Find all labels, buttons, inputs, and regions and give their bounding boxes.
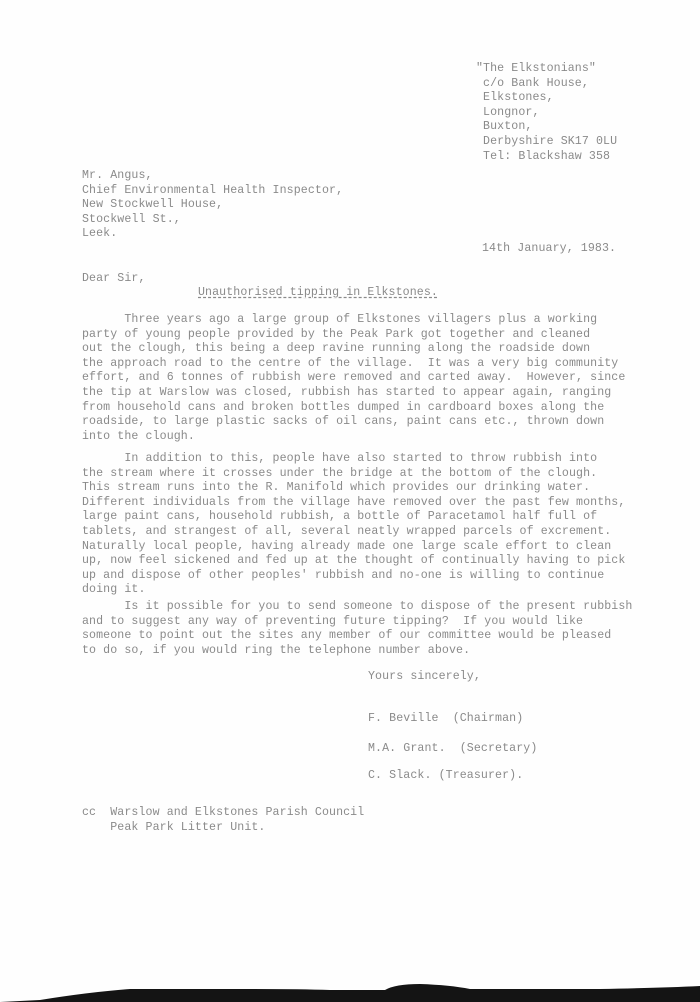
recipient-address-line: Stockwell St., bbox=[82, 213, 343, 228]
paragraph-1: Three years ago a large group of Elkston… bbox=[82, 313, 682, 444]
paragraph-line: In addition to this, people have also st… bbox=[82, 452, 682, 467]
paragraph-line: to do so, if you would ring the telephon… bbox=[82, 644, 682, 659]
paragraph-line: the approach road to the centre of the v… bbox=[82, 357, 682, 372]
salutation: Dear Sir, bbox=[82, 272, 146, 287]
recipient-address-line: Leek. bbox=[82, 227, 343, 242]
paragraph-line: Is it possible for you to send someone t… bbox=[82, 600, 682, 615]
carbon-copy-list: cc Warslow and Elkstones Parish Council … bbox=[82, 806, 364, 835]
paragraph-line: someone to point out the sites any membe… bbox=[82, 629, 682, 644]
paragraph-line: the tip at Warslow was closed, rubbish h… bbox=[82, 386, 682, 401]
paragraph-line: up and dispose of other peoples' rubbish… bbox=[82, 569, 682, 584]
cc-recipient: Peak Park Litter Unit. bbox=[82, 821, 364, 836]
recipient-address-line: New Stockwell House, bbox=[82, 198, 343, 213]
paragraph-line: roadside, to large plastic sacks of oil … bbox=[82, 415, 682, 430]
recipient-title: Chief Environmental Health Inspector, bbox=[82, 184, 343, 199]
paragraph-line: Naturally local people, having already m… bbox=[82, 540, 682, 555]
paragraph-line: doing it. bbox=[82, 583, 682, 598]
sender-telephone: Tel: Blackshaw 358 bbox=[476, 150, 617, 165]
paragraph-line: from household cans and broken bottles d… bbox=[82, 401, 682, 416]
paragraph-3: Is it possible for you to send someone t… bbox=[82, 600, 682, 658]
sender-address-line: Elkstones, bbox=[476, 91, 617, 106]
letter-date: 14th January, 1983. bbox=[482, 242, 616, 257]
sender-address-line: Longnor, bbox=[476, 106, 617, 121]
paragraph-line: Different individuals from the village h… bbox=[82, 496, 682, 511]
recipient-name: Mr. Angus, bbox=[82, 169, 343, 184]
signatory-chairman: F. Beville (Chairman) bbox=[368, 712, 523, 727]
signatory-secretary: M.A. Grant. (Secretary) bbox=[368, 742, 537, 757]
signatory-treasurer: C. Slack. (Treasurer). bbox=[368, 769, 523, 784]
sender-address-line: Derbyshire SK17 0LU bbox=[476, 135, 617, 150]
subject-line: Unauthorised tipping in Elkstones. bbox=[198, 286, 438, 301]
recipient-address: Mr. Angus, Chief Environmental Health In… bbox=[82, 169, 343, 242]
paragraph-2: In addition to this, people have also st… bbox=[82, 452, 682, 598]
letter-page: "The Elkstonians" c/o Bank House, Elksto… bbox=[0, 0, 700, 1002]
paragraph-line: tablets, and strangest of all, several n… bbox=[82, 525, 682, 540]
paragraph-line: Three years ago a large group of Elkston… bbox=[82, 313, 682, 328]
sender-address-line: "The Elkstonians" bbox=[476, 62, 617, 77]
cc-recipient: cc Warslow and Elkstones Parish Council bbox=[82, 806, 364, 821]
paragraph-line: effort, and 6 tonnes of rubbish were rem… bbox=[82, 371, 682, 386]
sender-address-line: Buxton, bbox=[476, 120, 617, 135]
paragraph-line: large paint cans, household rubbish, a b… bbox=[82, 510, 682, 525]
paragraph-line: into the clough. bbox=[82, 430, 682, 445]
scan-bottom-edge bbox=[0, 980, 700, 1002]
sender-address-line: c/o Bank House, bbox=[476, 77, 617, 92]
paragraph-line: the stream where it crosses under the br… bbox=[82, 467, 682, 482]
closing: Yours sincerely, bbox=[368, 670, 481, 685]
paragraph-line: out the clough, this being a deep ravine… bbox=[82, 342, 682, 357]
paragraph-line: party of young people provided by the Pe… bbox=[82, 328, 682, 343]
paragraph-line: and to suggest any way of preventing fut… bbox=[82, 615, 682, 630]
sender-address: "The Elkstonians" c/o Bank House, Elksto… bbox=[476, 62, 617, 164]
paragraph-line: up, now feel sickened and fed up at the … bbox=[82, 554, 682, 569]
paragraph-line: This stream runs into the R. Manifold wh… bbox=[82, 481, 682, 496]
